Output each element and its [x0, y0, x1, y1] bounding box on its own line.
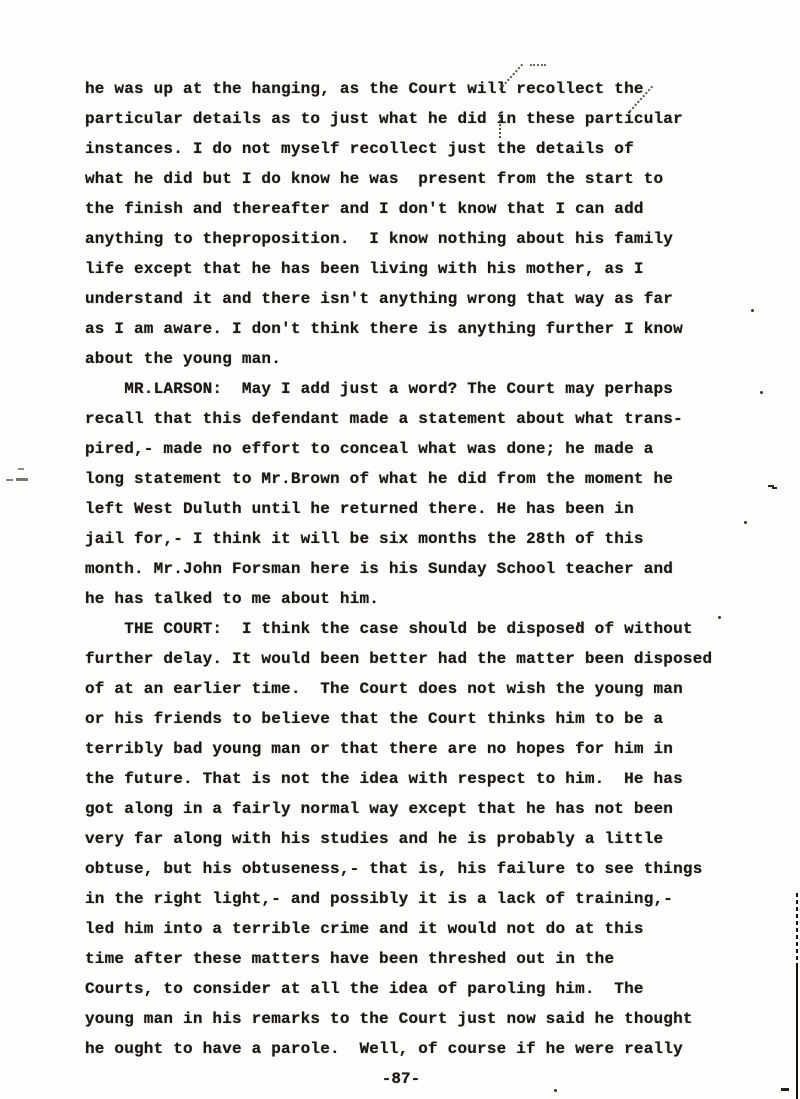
transcript-line: of at an earlier time. The Court does no…: [85, 674, 717, 704]
scan-edge-line-solid: [796, 963, 798, 1099]
transcript-line: he ought to have a parole. Well, of cour…: [85, 1034, 717, 1064]
transcript-line: about the young man.: [85, 344, 717, 374]
transcript-line: time after these matters have been thres…: [85, 944, 717, 974]
transcript-line: pired,- made no effort to conceal what w…: [85, 434, 717, 464]
document-page: he was up at the hanging, as the Court w…: [0, 0, 800, 1099]
ink-dot: [744, 521, 747, 524]
transcript-line: recall that this defendant made a statem…: [85, 404, 717, 434]
transcript-line: anything to theproposition. I know nothi…: [85, 224, 717, 254]
transcript-line-speaker-larson: MR.LARSON: May I add just a word? The Co…: [85, 374, 717, 404]
transcript-line: long statement to Mr.Brown of what he di…: [85, 464, 717, 494]
transcript-line: young man in his remarks to the Court ju…: [85, 1004, 717, 1034]
transcript-line: he was up at the hanging, as the Court w…: [85, 74, 717, 104]
transcript-line: he has talked to me about him.: [85, 584, 717, 614]
transcript-line: as I am aware. I don't think there is an…: [85, 314, 717, 344]
scan-edge-dash: [781, 1088, 789, 1091]
transcript-line: or his friends to believe that the Court…: [85, 704, 717, 734]
transcript-line: jail for,- I think it will be six months…: [85, 524, 717, 554]
transcript-line: obtuse, but his obtuseness,- that is, hi…: [85, 854, 717, 884]
margin-smudge-mark: [6, 466, 34, 484]
transcript-line: led him into a terrible crime and it wou…: [85, 914, 717, 944]
ink-dot: [718, 616, 721, 619]
transcript-line: in the right light,- and possibly it is …: [85, 884, 717, 914]
transcript-line: left West Duluth until he returned there…: [85, 494, 717, 524]
transcript-line: particular details as to just what he di…: [85, 104, 717, 134]
ink-dot: [751, 309, 754, 312]
transcript-line: month. Mr.John Forsman here is his Sunda…: [85, 554, 717, 584]
transcript-line: understand it and there isn't anything w…: [85, 284, 717, 314]
transcript-line: Courts, to consider at all the idea of p…: [85, 974, 717, 1004]
transcript-line: the finish and thereafter and I don't kn…: [85, 194, 717, 224]
transcript-line: very far along with his studies and he i…: [85, 824, 717, 854]
transcript-line-speaker-court: THE COURT: I think the case should be di…: [85, 614, 717, 644]
transcript-line: life except that he has been living with…: [85, 254, 717, 284]
transcript-line: what he did but I do know he was present…: [85, 164, 717, 194]
scan-edge-line-dashed: [796, 893, 798, 965]
page-number: -87-: [85, 1064, 717, 1094]
pencil-dots-mark: [530, 64, 546, 66]
ink-dot: [760, 391, 763, 394]
transcript-line: the future. That is not the idea with re…: [85, 764, 717, 794]
transcript-line: got along in a fairly normal way except …: [85, 794, 717, 824]
transcript-line: further delay. It would been better had …: [85, 644, 717, 674]
transcript-line: terribly bad young man or that there are…: [85, 734, 717, 764]
typescript-body: he was up at the hanging, as the Court w…: [85, 74, 717, 1094]
transcript-line: instances. I do not myself recollect jus…: [85, 134, 717, 164]
ink-speck-mark: [768, 485, 777, 489]
